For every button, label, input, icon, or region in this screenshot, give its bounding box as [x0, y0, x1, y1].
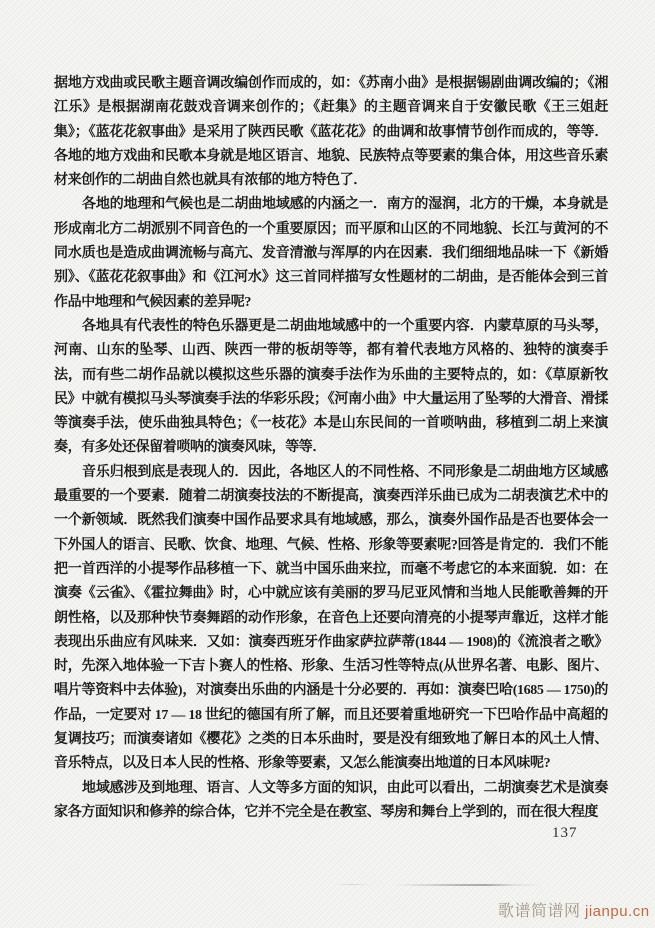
paragraph-geography-climate: 各地的地理和气候也是二胡曲地域感的内涵之一．南方的湿润，北方的干燥，本身就是形成…: [54, 193, 608, 314]
body-text: 据地方戏曲或民歌主题音调改编创作而成的，如：《苏南小曲》是根据锡剧曲调改编的；《…: [54, 72, 608, 825]
watermark: 歌谱简谱网 jianpu.cn: [498, 898, 650, 921]
watermark-site-url: jianpu.cn: [585, 903, 650, 920]
scanned-book-page: 据地方戏曲或民歌主题音调改编创作而成的，如：《苏南小曲》是根据锡剧曲调改编的；《…: [0, 0, 655, 928]
watermark-site-name: 歌谱简谱网: [498, 903, 581, 920]
paragraph-continuation: 据地方戏曲或民歌主题音调改编创作而成的，如：《苏南小曲》是根据锡剧曲调改编的；《…: [54, 72, 608, 193]
page-number: 137: [552, 825, 578, 842]
paragraph-regional-sense-knowledge: 地域感涉及到地理、语言、人文等多方面的知识，由此可以看出，二胡演奏艺术是演奏家各…: [54, 777, 608, 826]
paragraph-music-expresses-people: 音乐归根到底是表现人的．因此，各地区人的不同性格、不同形象是二胡曲地方区域感最重…: [54, 461, 608, 777]
scan-artifact-smudge: [393, 884, 543, 886]
paragraph-regional-instruments: 各地具有代表性的特色乐器更是二胡曲地域感中的一个重要内容．内蒙草原的马头琴，河南…: [54, 315, 608, 461]
